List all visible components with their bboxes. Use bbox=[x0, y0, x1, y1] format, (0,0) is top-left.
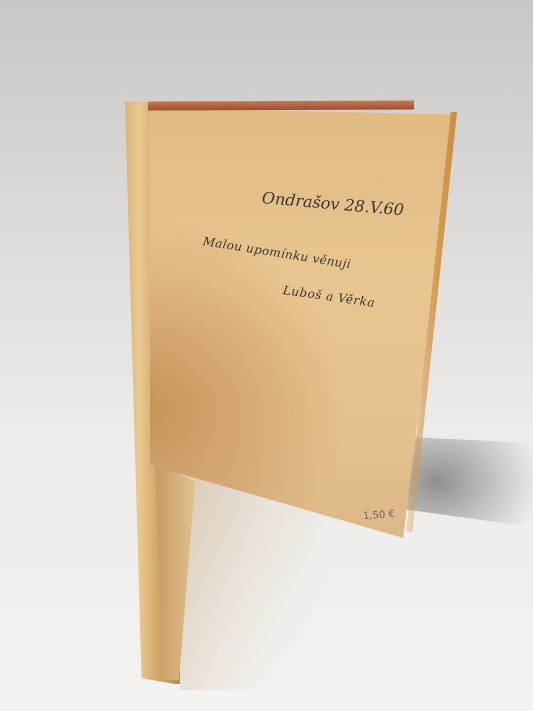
book-photo: Ondrašov 28.V.60 Malou upomínku věnuji L… bbox=[0, 0, 533, 711]
book-top-edge bbox=[148, 101, 414, 111]
price-mark: 1,50 € bbox=[363, 509, 396, 522]
flyleaf-page bbox=[150, 108, 455, 538]
